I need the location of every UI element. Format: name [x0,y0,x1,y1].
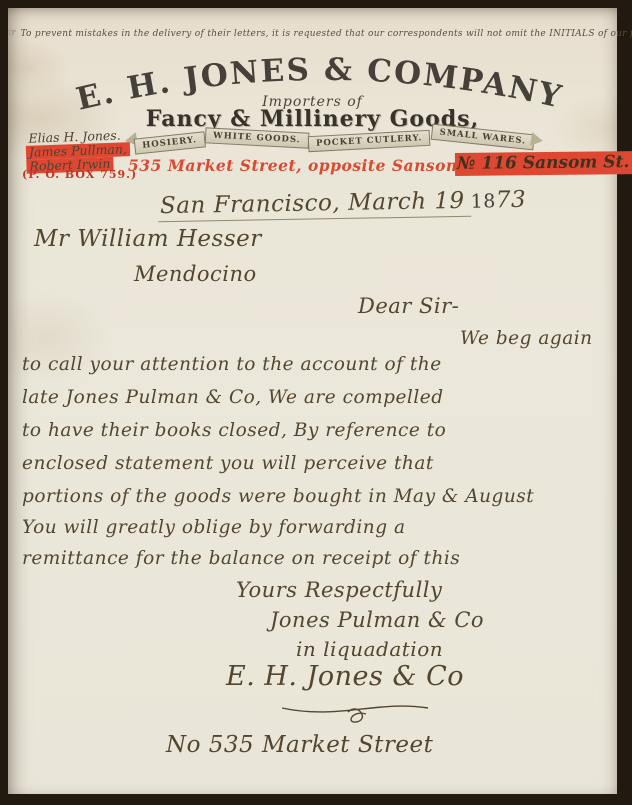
partner-names: Elias H. Jones. James Pullman, Robert Ir… [25,128,130,174]
body-line: You will greatly oblige by forwarding a [22,517,405,538]
body-opening-line: We beg again [460,328,593,349]
scanned-letter: ☞ To prevent mistakes in the delivery of… [0,0,632,805]
body-line: to call your attention to the account of… [22,354,442,375]
letterhead-notice: ☞ To prevent mistakes in the delivery of… [8,28,617,39]
salutation: Dear Sir- [358,294,459,318]
closing-line: in liquadation [296,637,443,661]
body-line: enclosed statement you will perceive tha… [22,453,434,474]
dateline: San Francisco,March 191873 [158,187,527,219]
year-printed: 18 [470,190,496,212]
letter-paper: ☞ To prevent mistakes in the delivery of… [8,8,617,794]
body-line: late Jones Pulman & Co, We are compelled [22,387,444,408]
ribbon-tail-right [530,132,544,148]
dateline-place: San Francisco, [158,190,347,222]
body-line: remittance for the balance on receipt of… [22,548,460,569]
footer-address: No 535 Market Street [166,732,433,758]
closing-line: Yours Respectfully [236,578,442,602]
body-line: to have their books closed, By reference… [22,420,446,441]
closing-line: Jones Pulman & Co [270,608,484,632]
pointing-hand-right-icon: ☞ [8,28,17,39]
po-box-line: (P. O. BOX 759.) [22,168,137,181]
body-line: portions of the goods were bought in May… [22,486,534,507]
overwritten-address: № 116 Sansom St. [455,151,632,176]
signature: E. H. Jones & Co [226,661,464,692]
ribbon-segment: POCKET CUTLERY. [308,130,431,152]
ribbon-segment: HOSIERY. [134,131,206,154]
notice-text: To prevent mistakes in the delivery of t… [20,29,632,39]
recipient-name: Mr William Hesser [34,226,262,252]
dateline-date: March 19 [346,188,471,219]
recipient-place: Mendocino [134,262,257,286]
trade-ribbon: HOSIERY. WHITE GOODS. POCKET CUTLERY. SM… [154,132,514,148]
year-written: 73 [496,187,527,214]
signature-flourish [278,698,438,724]
